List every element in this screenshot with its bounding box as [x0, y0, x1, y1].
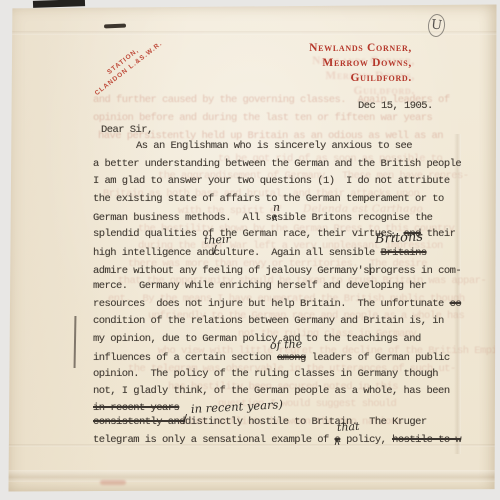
typed-text: influences of a certain section [93, 352, 277, 364]
date-line: Dec 15, 1905. [358, 100, 433, 112]
typed-text: the existing state of affairs to the Ger… [93, 193, 444, 205]
typed-text: a better understanding between the Germa… [93, 158, 461, 170]
typed-line: opinion. The policy of the ruling classe… [93, 366, 473, 384]
struck-out-text: Britains [381, 247, 427, 259]
typed-text: I am glad to answer your two questions (… [93, 175, 450, 187]
letterhead: Newlands Corner,Merrow Downs,Guildford. [309, 41, 412, 86]
typed-line: As an Englishman who is sincerely anxiou… [93, 138, 473, 156]
typed-line: German business methods. All sen∧sible B… [93, 208, 473, 226]
typed-line: influences of a certain section amongof … [93, 348, 473, 366]
typed-text: my opinion, due to German policy and to … [93, 333, 421, 345]
typed-line: condition of the relations between Germa… [93, 313, 473, 331]
struck-out-text: consistently and [93, 416, 185, 428]
typed-text: not, I gladly think, of the German peopl… [93, 385, 450, 397]
typed-line: telegram is only a sensational example o… [93, 430, 473, 448]
handwritten-insertion: of the [269, 337, 270, 354]
struck-out-text: co [450, 298, 462, 310]
letterhead-line: Merrow Downs, [309, 56, 412, 71]
ink-smudge [100, 480, 126, 485]
letter-body: As an Englishman who is sincerely anxiou… [93, 138, 473, 447]
typed-text: German business methods. All se [93, 212, 277, 224]
scanned-letter: and further caused by the governing clas… [0, 0, 500, 500]
typed-text: merce. Germany while enriching herself a… [93, 280, 427, 292]
handwritten-insertion: Britons [374, 231, 375, 248]
typed-text: As an Englishman who is sincerely anxiou… [136, 140, 412, 152]
typed-text: distinctly hostile to Britain. The Kruge… [185, 416, 427, 428]
salutation: Dear Sir, [101, 124, 153, 136]
typed-line: resources does not injure but help Brita… [93, 296, 473, 314]
typed-text: condition of the relations between Germa… [93, 315, 444, 327]
struck-out-text: among [277, 352, 306, 364]
typed-line: high intelligence and/theirculture. Agai… [93, 243, 473, 261]
typed-text: resources does not injure but help Brita… [93, 298, 450, 310]
typed-text: culture. Again all sensible [214, 247, 381, 259]
typed-line: I am glad to answer your two questions (… [93, 173, 473, 191]
letter-paper: and further caused by the governing clas… [8, 4, 497, 492]
struck-out-text: hostile to w [392, 434, 461, 446]
typed-line: in recent yearsin recent years) [93, 401, 473, 413]
letterhead-line: Guildford. [309, 71, 412, 86]
handwritten-insertion: in recent years) [191, 404, 192, 415]
typed-line: consistently and/distinctly hostile to B… [93, 412, 473, 430]
typed-text: opinion. The policy of the ruling classe… [93, 368, 438, 380]
handwritten-insertion: their [203, 232, 204, 249]
typed-line: not, I gladly think, of the German peopl… [93, 383, 473, 401]
letterhead-line: Guildford. [312, 84, 415, 99]
typed-text: telegram is only a sensational example o… [93, 434, 335, 446]
corner-mark-letter: U [430, 17, 443, 33]
letterhead-line: Newlands Corner, [309, 41, 412, 56]
typed-text: splendid qualities of the German race, t… [93, 228, 404, 240]
background-object-edge [33, 0, 85, 8]
typed-text: progress in com- [369, 265, 461, 277]
typed-text: sible Britons recognise the [277, 212, 432, 224]
typed-text: their [421, 228, 456, 240]
typed-text: admire without any feeling of jealousy G… [93, 265, 369, 277]
typed-line: a better understanding between the Germa… [93, 156, 473, 174]
typed-line: the existing state of affairs to the Ger… [93, 191, 473, 209]
typed-line: merce. Germany while enriching herself a… [93, 278, 473, 296]
ghost-bleed-text: opinion before and during the last ten o… [93, 112, 432, 124]
typed-text: leaders of German public [306, 352, 450, 364]
typed-text: high intelligence and [93, 247, 214, 259]
typed-text: policy, [340, 434, 392, 446]
typed-line: admire without any feeling of jealousy G… [93, 261, 473, 279]
